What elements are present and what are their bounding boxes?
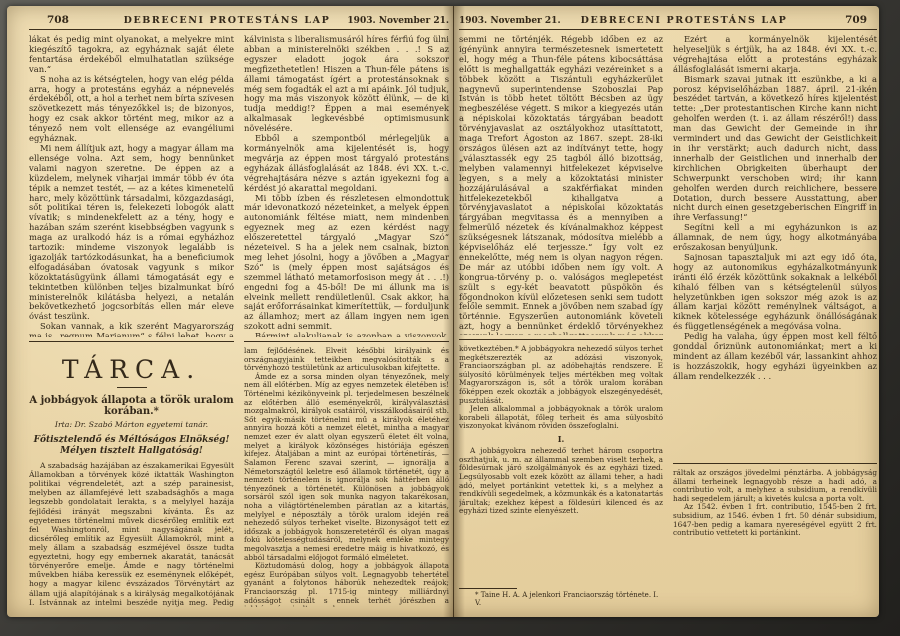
tarca-article-text: lam fejlődésének. Elveit későbbi királya… [244,347,449,607]
paragraph: Ezért a kormányelnök kijelentését helyes… [673,35,877,75]
paragraph: Ámde ez a sorsa minden olyan tényezőnek,… [244,373,449,562]
section-number: I. [459,434,663,444]
tarca-article-text: A jobbágyokra nehezedő terhet három csop… [459,447,663,516]
tarca-section: TÁRCA. A jobbágyok állapota a török ural… [29,347,234,607]
footnote-rule [459,588,517,589]
paragraph: Sokan vannak, a kik szerént Magyarország… [29,322,234,337]
editorial-text-column: kálvinista s liberalismusáról híres férf… [244,35,449,337]
page-number: 709 [797,14,877,26]
masthead-title: DEBRECENI PROTESTÁNS LAP [117,15,337,26]
paragraph: Bármint alakuljanak is azonban a viszony… [244,332,449,337]
paragraph: lákat és pedig mint olyanokat, a melyekr… [29,35,234,75]
paragraph: Sajnosan tapasztaljuk mi azt egy idő óta… [673,253,877,332]
left-column-1: lákat és pedig mint olyanokat, a melyekr… [29,35,234,607]
paragraph: A jobbágyokra nehezedő terhet három csop… [459,447,663,516]
left-column-2: kálvinista s liberalismusáról híres férf… [244,35,449,607]
paragraph: Jelen alkalommal a jobbágyoknak a török … [459,405,663,431]
tarca-article-title: A jobbágyok állapota a török uralom korá… [29,395,234,417]
section-rule [459,339,663,340]
paragraph: Segítni kell a mi egyházunkon is az álla… [673,223,877,253]
tarca-article-text: ráltak az országos jövedelmi pénztárba. … [673,469,877,607]
paragraph: Ebből a szempontból mérlegeljük a kormán… [244,134,449,193]
paragraph: A szabadság hazájában az északamerikai E… [29,461,234,607]
salutation-line: Főtisztelendő és Méltóságos Elnökség! [29,435,234,445]
editorial-text-column: Ezért a kormányelnök kijelentését helyes… [673,35,877,459]
page-header: 708 DEBRECENI PROTESTÁNS LAP 1903. Novem… [29,14,449,30]
section-rule [673,463,877,464]
paragraph: következtében.* A jobbágyokra nehezedő s… [459,345,663,405]
paragraph: Köztudomású dolog, hogy a jobbágyok álla… [244,562,449,607]
tarca-byline: Irta: Dr. Szabó Márton egyetemi tanár. [29,420,234,429]
editorial-text-column: semmi ne történjék. Régebb időben ez az … [459,35,663,335]
paragraph: Mi nem állítjuk azt, hogy a magyar állam… [29,144,234,322]
page-header: 1903. November 21. DEBRECENI PROTESTÁNS … [459,14,877,30]
editorial-text-column: lákat és pedig mint olyanokat, a melyekr… [29,35,234,337]
paragraph: Bismark szavai jutnak itt eszünkbe, a ki… [673,75,877,224]
paragraph: kálvinista s liberalismusáról híres férf… [244,35,449,134]
page-right: 1903. November 21. DEBRECENI PROTESTÁNS … [459,14,877,610]
paragraph: semmi ne történjék. Régebb időben ez az … [459,35,663,335]
footnote: * Taine H. A. A jelenkori Franciaország … [459,591,663,607]
paper-spread: 708 DEBRECENI PROTESTÁNS LAP 1903. Novem… [7,6,879,617]
section-rule [244,341,449,342]
paragraph: Pedig ha valaha, úgy éppen most kell fél… [673,332,877,382]
paragraph: ráltak az országos jövedelmi pénztárba. … [673,469,877,503]
masthead-title: DEBRECENI PROTESTÁNS LAP [571,15,797,26]
tarca-article-text: következtében.* A jobbágyokra nehezedő s… [459,345,663,431]
right-column-2: Ezért a kormányelnök kijelentését helyes… [673,35,877,607]
tarca-section-heading: TÁRCA. [29,355,234,384]
issue-date: 1903. November 21. [337,16,449,26]
tarca-article-text: A szabadság hazájában az északamerikai E… [29,461,234,607]
section-rule [29,341,234,342]
paragraph: lam fejlődésének. Elveit későbbi királya… [244,347,449,373]
paragraph: S noha az is kétségtelen, hogy van elég … [29,75,234,144]
page-number: 708 [29,14,117,26]
tarca-article-text: következtében.* A jobbágyokra nehezedő s… [459,345,663,584]
salutation-line: Mélyen tisztelt Hallgatóság! [29,446,234,456]
newspaper-scan: 708 DEBRECENI PROTESTÁNS LAP 1903. Novem… [0,0,900,636]
tarca-divider [117,387,147,388]
page-fold-line [453,6,454,617]
paragraph: Az 1542. évben 1 frt. contributio, 1545-… [673,503,877,537]
issue-date: 1903. November 21. [459,16,571,26]
page-left: 708 DEBRECENI PROTESTÁNS LAP 1903. Novem… [29,14,449,610]
right-column-1: semmi ne történjék. Régebb időben ez az … [459,35,663,607]
paragraph: Mi több ízben és részletesen elmondottuk… [244,194,449,333]
